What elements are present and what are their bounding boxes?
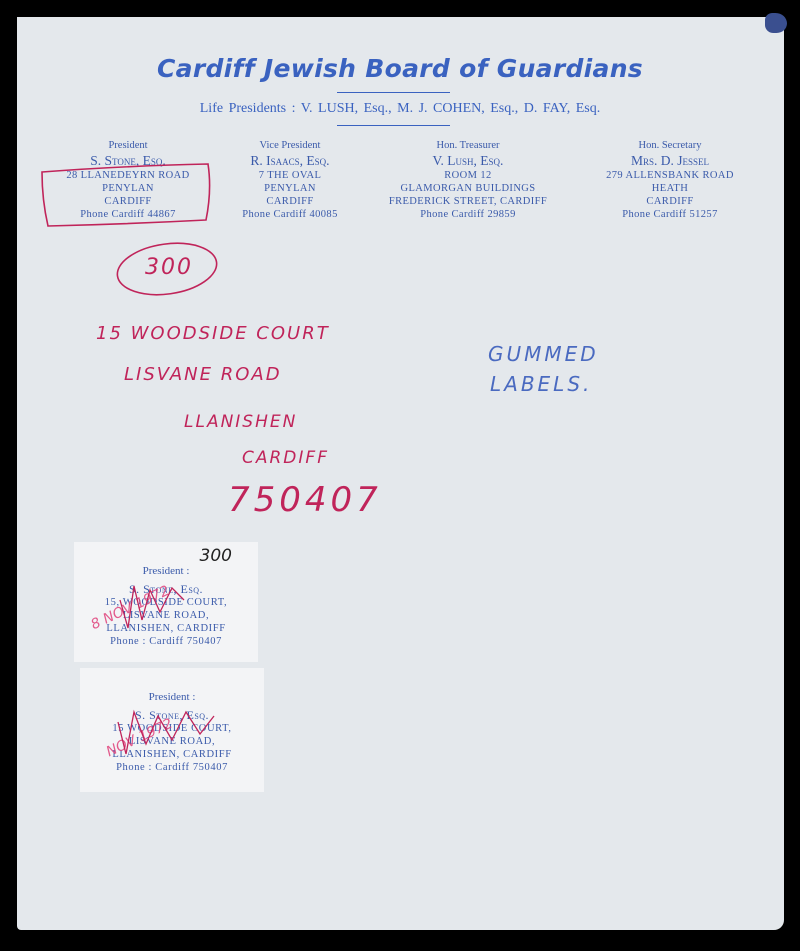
signature-scribbles bbox=[0, 0, 800, 951]
